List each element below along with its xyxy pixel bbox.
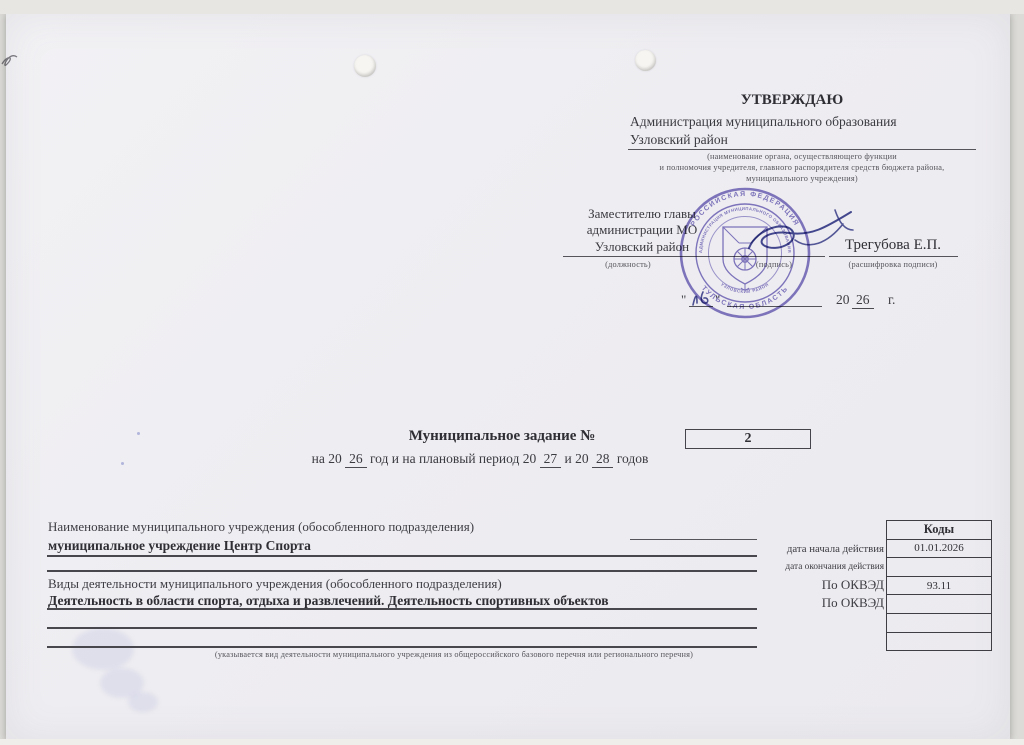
codes-cell-start-date: 01.01.2026 — [887, 539, 991, 558]
activity-value-rule — [47, 608, 757, 610]
approve-word: УТВЕРЖДАЮ — [697, 92, 887, 109]
name-value-rule — [47, 555, 757, 557]
activity-value: Деятельность в области спорта, отдыха и … — [48, 593, 609, 609]
subtitle-year1: 26 — [345, 451, 367, 468]
institution-name-label: Наименование муниципального учреждения (… — [48, 519, 474, 535]
org-note-line1: (наименование органа, осуществляющего фу… — [626, 152, 978, 163]
date-year-value: 26 — [852, 292, 874, 309]
ink-dot — [137, 432, 140, 435]
date-year-prefix: 20 — [836, 292, 850, 308]
codes-cell-okved-1: 93.11 — [887, 576, 991, 595]
org-note: (наименование органа, осуществляющего фу… — [626, 152, 978, 184]
scanned-document: УТВЕРЖДАЮ Администрация муниципального о… — [0, 0, 1024, 745]
org-note-line3: муниципального учреждения) — [626, 174, 978, 185]
empty-rule-1 — [47, 570, 757, 572]
codes-cell-okved-2 — [887, 594, 991, 613]
empty-rule-3 — [47, 646, 757, 648]
scanner-edge-top — [0, 0, 1024, 14]
subtitle-part3: и 20 — [564, 451, 588, 466]
side-label-okved-2: По ОКВЭД — [822, 595, 884, 611]
date-year-suffix: г. — [888, 292, 895, 308]
handwritten-signature — [735, 200, 860, 270]
name-row-short-rule — [630, 539, 757, 540]
caption-position: (должность) — [578, 260, 678, 269]
task-number-box: 2 — [685, 429, 811, 449]
title-subtitle: на 20 26 год и на плановый период 20 27 … — [250, 451, 710, 468]
approving-org-line1: Администрация муниципального образования — [630, 113, 982, 131]
side-label-start-date: дата начала действия — [787, 543, 884, 555]
pen-scribble-mark — [0, 44, 30, 72]
subtitle-part1: на 20 — [312, 451, 342, 466]
approving-org: Администрация муниципального образования… — [630, 113, 982, 148]
activity-label: Виды деятельности муниципального учрежде… — [48, 576, 502, 592]
codes-table-header: Коды — [887, 521, 991, 539]
ink-bleed-mark — [72, 628, 134, 670]
hole-punch-left — [354, 55, 376, 77]
activity-footnote: (указывается вид деятельности муниципаль… — [104, 650, 804, 659]
subtitle-part4: годов — [617, 451, 649, 466]
org-note-line2: и полномочия учредителя, главного распор… — [626, 163, 978, 174]
codes-table: Коды 01.01.2026 93.11 — [886, 520, 992, 651]
codes-cell-empty-1 — [887, 613, 991, 632]
subtitle-year3: 28 — [592, 451, 614, 468]
side-label-end-date: дата окончания действия — [785, 562, 884, 572]
hole-punch-right — [635, 50, 656, 71]
ink-dot — [121, 462, 124, 465]
org-underline — [628, 149, 976, 150]
document-title: Муниципальное задание № — [372, 428, 632, 445]
ink-bleed-mark — [128, 692, 158, 712]
subtitle-year2: 27 — [540, 451, 562, 468]
empty-rule-2 — [47, 627, 757, 629]
codes-cell-empty-2 — [887, 632, 991, 651]
codes-cell-end-date — [887, 557, 991, 576]
subtitle-part2: год и на плановый период 20 — [370, 451, 536, 466]
scanner-edge-bottom — [0, 739, 1024, 745]
institution-name-value: муниципальное учреждение Центр Спорта — [48, 538, 311, 554]
approving-org-line2: Узловский район — [630, 131, 982, 149]
side-label-okved-1: По ОКВЭД — [822, 577, 884, 593]
